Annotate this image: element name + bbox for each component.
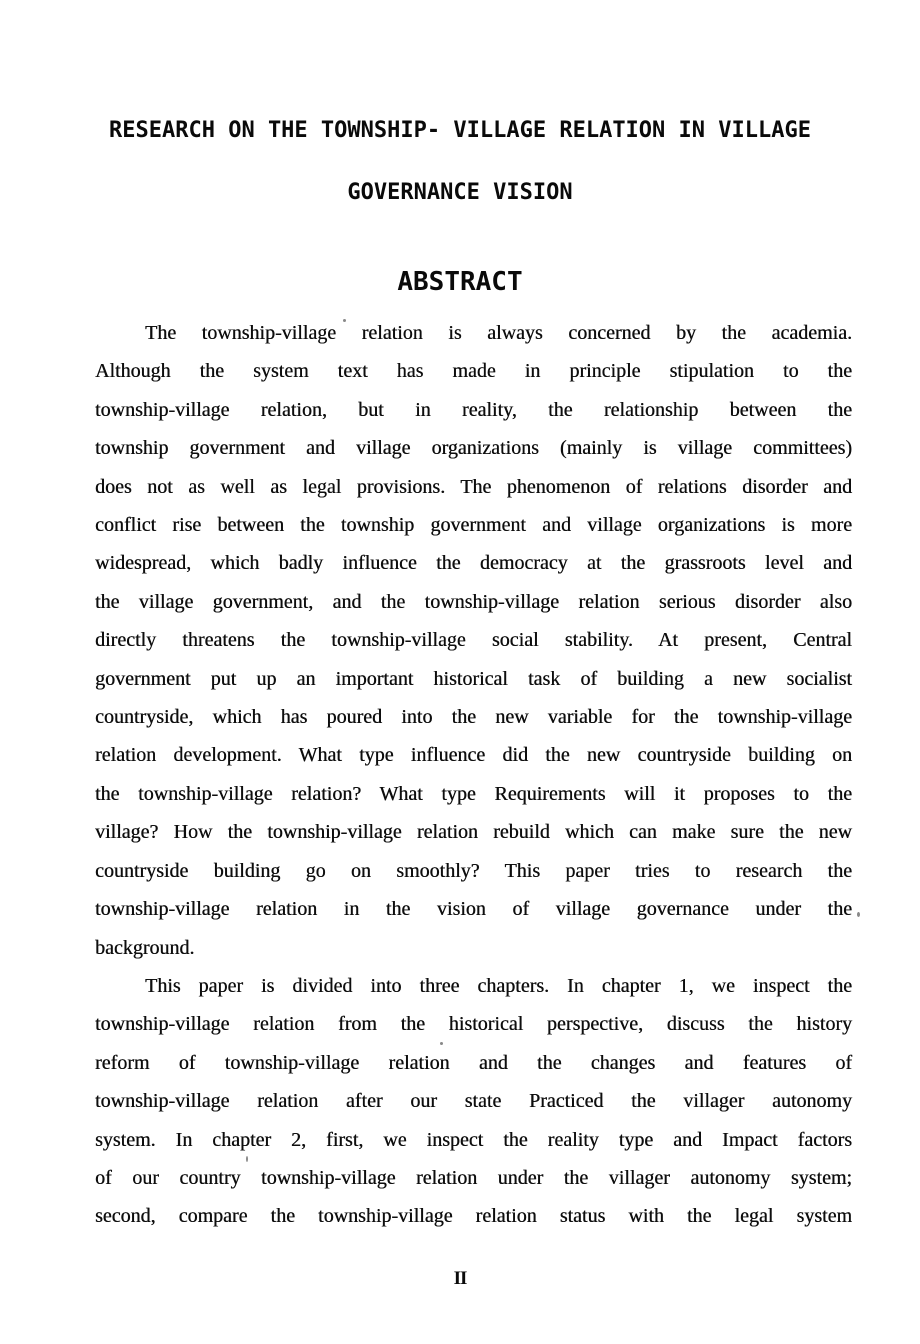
text-line: This paper is divided into three chapter… <box>95 967 852 1005</box>
page-number: II <box>0 1268 920 1290</box>
text-line: township-village relation in the vision … <box>95 890 852 928</box>
abstract-heading: ABSTRACT <box>0 262 920 302</box>
text-line: directly threatens the township-village … <box>95 621 852 659</box>
text-line: village? How the township-village relati… <box>95 813 852 851</box>
text-line: township government and village organiza… <box>95 429 852 467</box>
text-line: countryside building go on smoothly? Thi… <box>95 852 852 890</box>
text-line: of our country township-village relation… <box>95 1159 852 1197</box>
text-line: background. <box>95 929 852 967</box>
text-line: Although the system text has made in pri… <box>95 352 852 390</box>
text-line: township-village relation after our stat… <box>95 1082 852 1120</box>
document-title: RESEARCH ON THE TOWNSHIP- VILLAGE RELATI… <box>0 0 920 224</box>
title-line-2: GOVERNANCE VISION <box>0 162 920 224</box>
text-line: second, compare the township-village rel… <box>95 1197 852 1235</box>
scan-speck <box>857 912 860 917</box>
text-line: The township-village relation is always … <box>95 314 852 352</box>
text-line: relation development. What type influenc… <box>95 736 852 774</box>
text-line: countryside, which has poured into the n… <box>95 698 852 736</box>
text-line: township-village relation, but in realit… <box>95 391 852 429</box>
text-line: the township-village relation? What type… <box>95 775 852 813</box>
paragraph-1: The township-village relation is always … <box>95 314 852 967</box>
text-line: conflict rise between the township gover… <box>95 506 852 544</box>
text-line: does not as well as legal provisions. Th… <box>95 468 852 506</box>
text-line: system. In chapter 2, first, we inspect … <box>95 1121 852 1159</box>
text-line: government put up an important historica… <box>95 660 852 698</box>
abstract-body: The township-village relation is always … <box>95 314 852 1236</box>
document-page: RESEARCH ON THE TOWNSHIP- VILLAGE RELATI… <box>0 0 920 1344</box>
scan-speck <box>440 1042 443 1045</box>
text-line: reform of township-village relation and … <box>95 1044 852 1082</box>
scan-speck <box>343 319 346 322</box>
title-line-1: RESEARCH ON THE TOWNSHIP- VILLAGE RELATI… <box>0 100 920 162</box>
paragraph-2: This paper is divided into three chapter… <box>95 967 852 1236</box>
text-line: the village government, and the township… <box>95 583 852 621</box>
scan-speck <box>246 1156 248 1162</box>
text-line: widespread, which badly influence the de… <box>95 544 852 582</box>
text-line: township-village relation from the histo… <box>95 1005 852 1043</box>
